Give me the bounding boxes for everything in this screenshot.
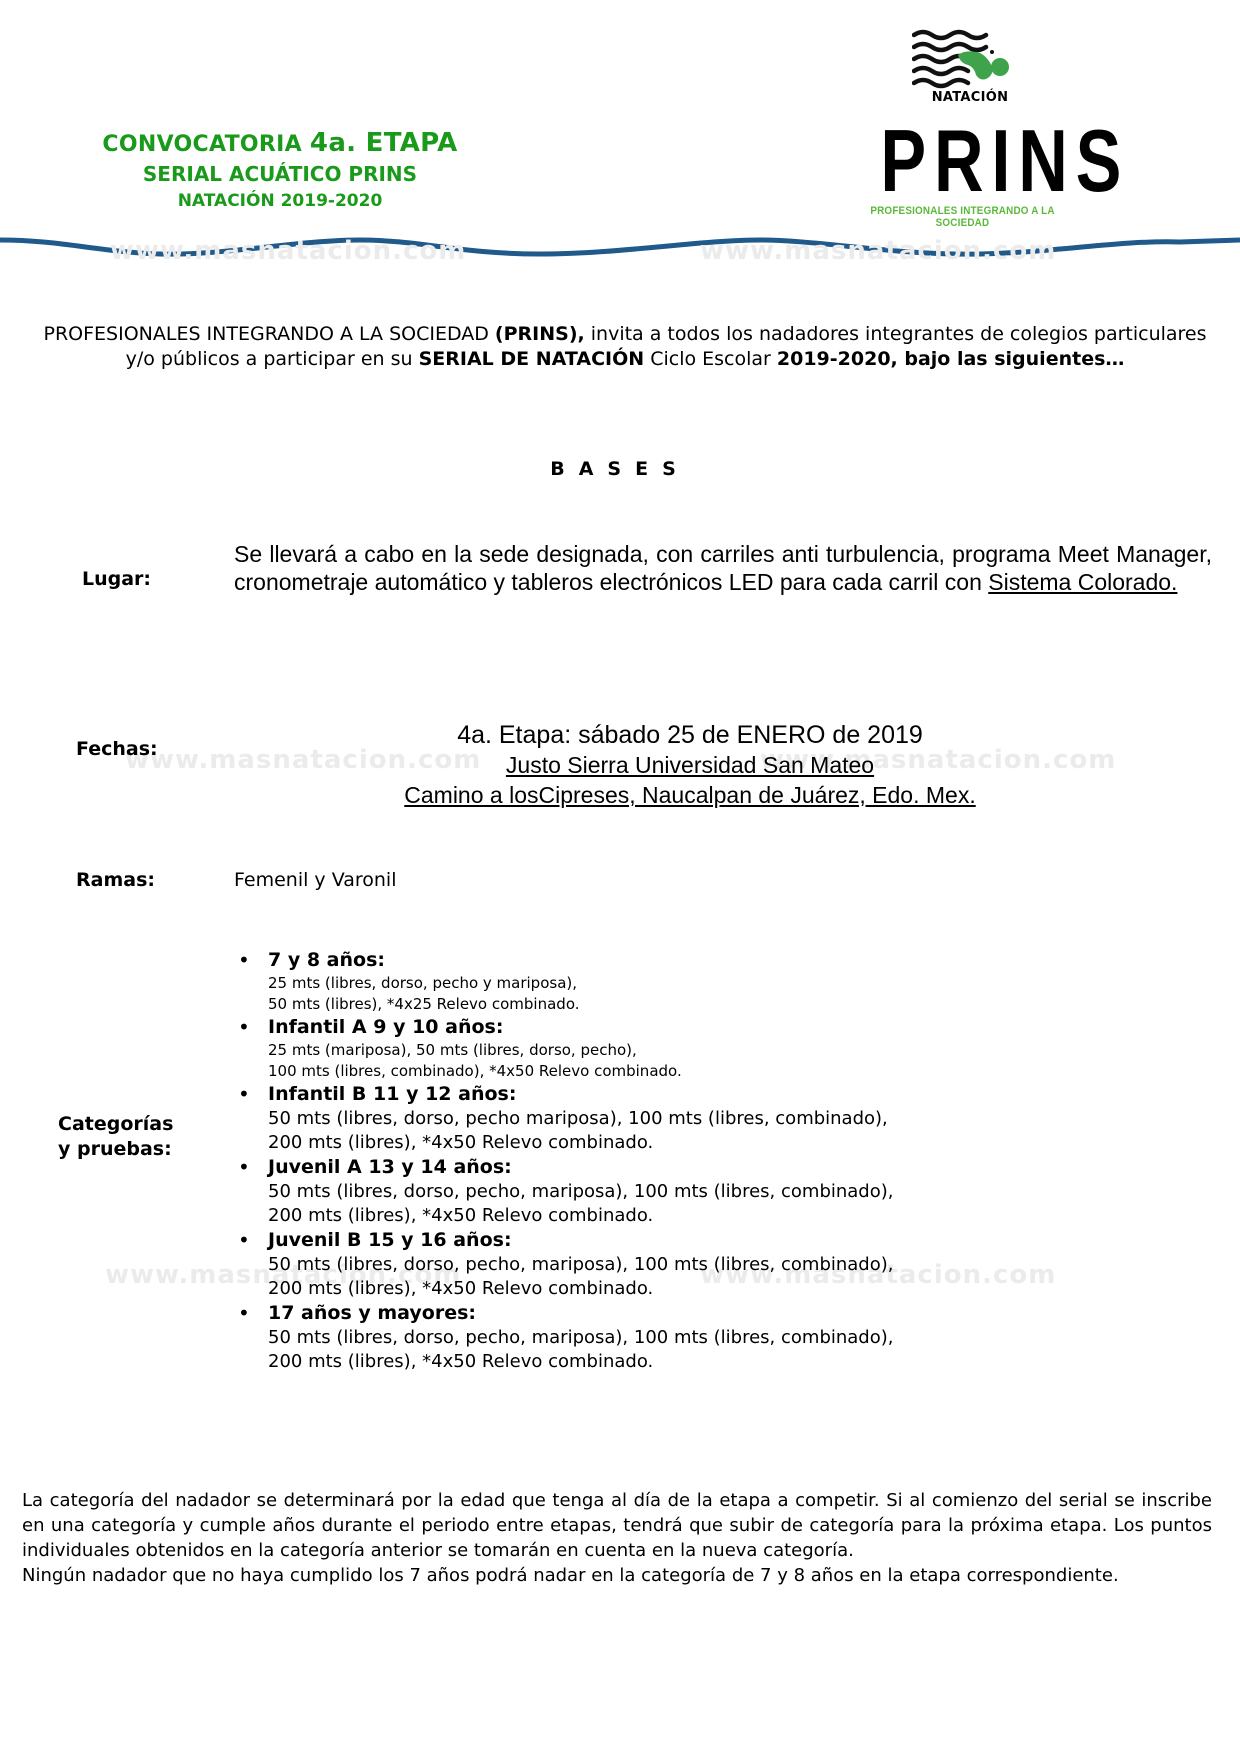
footer-notes: La categoría del nadador se determinará … (22, 1488, 1212, 1588)
fechas-block: 4a. Etapa: sábado 25 de ENERO de 2019 Ju… (330, 720, 1050, 810)
category-item: • Infantil B 11 y 12 años: 50 mts (libre… (234, 1082, 1094, 1155)
category-name: Infantil A 9 y 10 años: (268, 1015, 1094, 1040)
category-name: Infantil B 11 y 12 años: (268, 1082, 1094, 1107)
swimmer-waves-icon (912, 29, 1032, 89)
category-events: 200 mts (libres), *4x50 Relevo combinado… (268, 1277, 1094, 1301)
intro-text: Ciclo Escolar (644, 348, 777, 370)
title-line: CONVOCATORIA 4a. ETAPA (60, 128, 500, 160)
fechas-label: Fechas: (76, 738, 158, 760)
category-events: 200 mts (libres), *4x50 Relevo combinado… (268, 1350, 1094, 1374)
category-events: 200 mts (libres), *4x50 Relevo combinado… (268, 1204, 1094, 1228)
categorias-label-line: Categorías (58, 1112, 173, 1137)
ramas-label: Ramas: (76, 869, 155, 891)
category-events: 25 mts (mariposa), 50 mts (libres, dorso… (268, 1040, 1094, 1061)
logo-kicker: NATACIÓN (850, 90, 1090, 105)
category-events: 200 mts (libres), *4x50 Relevo combinado… (268, 1131, 1094, 1155)
logo-tagline: PROFESIONALES INTEGRANDO A LA SOCIEDAD (850, 205, 1075, 229)
venue-name[interactable]: Justo Sierra Universidad San Mateo (330, 750, 1050, 780)
logo-wordmark: PRINS (880, 117, 1067, 205)
category-events: 50 mts (libres), *4x25 Relevo combinado. (268, 994, 1094, 1015)
categorias-label-line: y pruebas: (58, 1137, 173, 1162)
lugar-label: Lugar: (82, 568, 151, 590)
category-events: 50 mts (libres, dorso, pecho, mariposa),… (268, 1253, 1094, 1277)
category-item: • 17 años y mayores: 50 mts (libres, dor… (234, 1301, 1094, 1374)
watermark: www.masnatacion.com (110, 236, 466, 266)
category-name: Juvenil A 13 y 14 años: (268, 1155, 1094, 1180)
bases-heading: BASES (0, 458, 1240, 480)
ramas-value: Femenil y Varonil (234, 869, 396, 891)
category-events: 50 mts (libres, dorso, pecho mariposa), … (268, 1107, 1094, 1131)
categorias-label: Categorías y pruebas: (58, 1112, 173, 1162)
lugar-text: Se llevará a cabo en la sede designada, … (234, 540, 1212, 596)
subtitle: SERIAL ACUÁTICO PRINS (60, 160, 500, 188)
category-item: • 7 y 8 años: 25 mts (libres, dorso, pec… (234, 948, 1094, 1015)
categories-list: • 7 y 8 años: 25 mts (libres, dorso, pec… (234, 948, 1094, 1374)
category-events: 100 mts (libres, combinado), *4x50 Relev… (268, 1061, 1094, 1082)
category-item: • Juvenil A 13 y 14 años: 50 mts (libres… (234, 1155, 1094, 1228)
category-item: • Infantil A 9 y 10 años: 25 mts (maripo… (234, 1015, 1094, 1082)
category-name: 7 y 8 años: (268, 948, 1094, 973)
category-events: 50 mts (libres, dorso, pecho, mariposa),… (268, 1326, 1094, 1350)
stage-date: 4a. Etapa: sábado 25 de ENERO de 2019 (330, 720, 1050, 750)
category-name: 17 años y mayores: (268, 1301, 1094, 1326)
document-title-block: CONVOCATORIA 4a. ETAPA SERIAL ACUÁTICO P… (60, 128, 500, 214)
footer-paragraph: Ningún nadador que no haya cumplido los … (22, 1563, 1212, 1588)
bullet-icon: • (238, 948, 250, 973)
season: NATACIÓN 2019-2020 (60, 188, 500, 214)
intro-bold: 2019-2020, bajo las siguientes… (777, 348, 1125, 370)
bullet-icon: • (238, 1015, 250, 1040)
intro-text: PROFESIONALES INTEGRANDO A LA SOCIEDAD (43, 323, 494, 345)
category-item: • Juvenil B 15 y 16 años: 50 mts (libres… (234, 1228, 1094, 1301)
category-events: 25 mts (libres, dorso, pecho y mariposa)… (268, 973, 1094, 994)
bullet-icon: • (238, 1228, 250, 1253)
title-stage: 4a. ETAPA (310, 128, 458, 158)
category-events: 50 mts (libres, dorso, pecho, mariposa),… (268, 1180, 1094, 1204)
intro-paragraph: PROFESIONALES INTEGRANDO A LA SOCIEDAD (… (30, 322, 1220, 372)
watermark: www.masnatacion.com (700, 236, 1056, 266)
bullet-icon: • (238, 1082, 250, 1107)
category-name: Juvenil B 15 y 16 años: (268, 1228, 1094, 1253)
sistema-colorado-link[interactable]: Sistema Colorado. (988, 569, 1177, 595)
intro-bold: SERIAL DE NATACIÓN (419, 348, 645, 370)
bullet-icon: • (238, 1301, 250, 1326)
footer-paragraph: La categoría del nadador se determinará … (22, 1488, 1212, 1563)
intro-bold: (PRINS), (495, 323, 585, 345)
title-prefix: CONVOCATORIA (102, 132, 310, 157)
bullet-icon: • (238, 1155, 250, 1180)
venue-address[interactable]: Camino a losCipreses, Naucalpan de Juáre… (330, 780, 1050, 810)
